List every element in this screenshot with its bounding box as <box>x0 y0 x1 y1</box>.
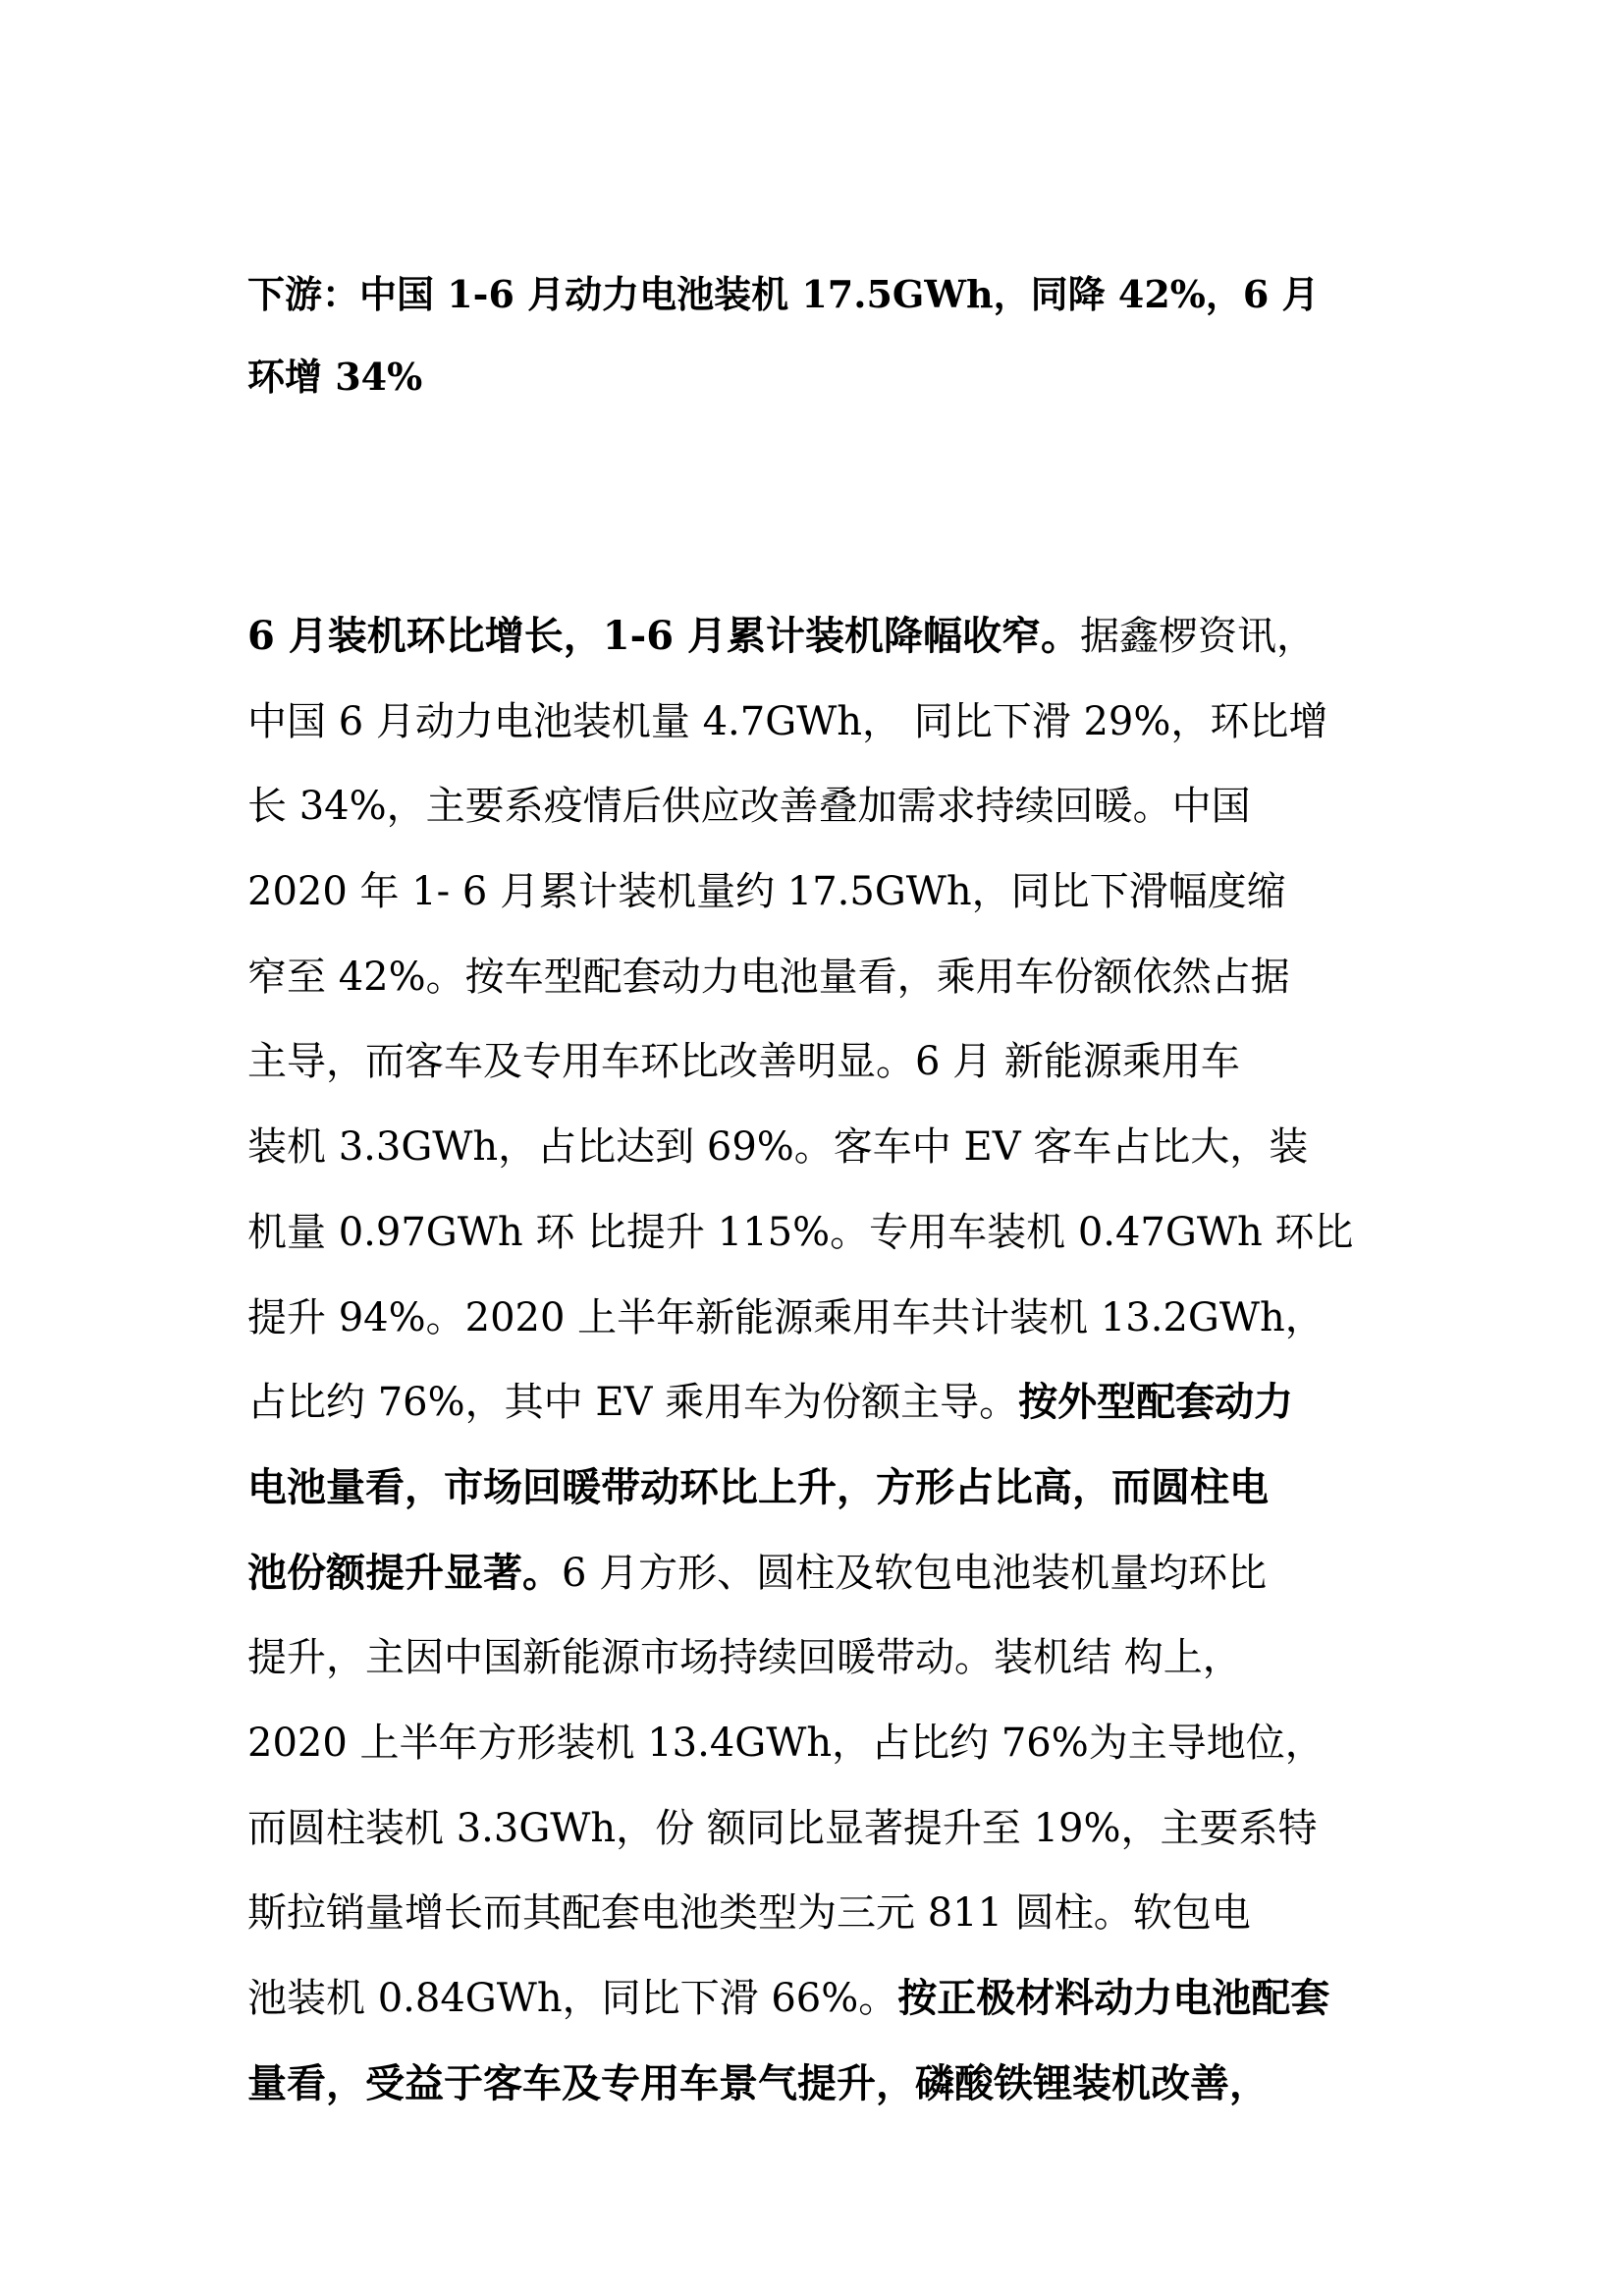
text-run: 主导，而客车及专用车环比改善明显。6 月 新能源乘用车 <box>247 1039 1240 1084</box>
text-run: 2020 上半年方形装机 13.4GWh，占比约 76%为主导地位， <box>247 1721 1325 1766</box>
paragraph-line: 池装机 0.84GWh，同比下滑 66%。按正极材料动力电池配套 <box>247 1956 1406 2042</box>
paragraph-line: 提升 94%。2020 上半年新能源乘用车共计装机 13.2GWh， <box>247 1276 1406 1361</box>
text-run: 据鑫椤资讯， <box>1080 614 1316 659</box>
paragraph-line: 2020 上半年方形装机 13.4GWh，占比约 76%为主导地位， <box>247 1701 1406 1786</box>
paragraph-line: 电池量看，市场回暖带动环比上升，方形占比高，而圆柱电 <box>247 1446 1406 1531</box>
body-paragraph: 6 月装机环比增长，1-6 月累计装机降幅收窄。据鑫椤资讯， 中国 6 月动力电… <box>247 594 1406 2126</box>
paragraph-line: 窄至 42%。按车型配套动力电池量看，乘用车份额依然占据 <box>247 935 1406 1020</box>
text-run: 中国 6 月动力电池装机量 4.7GWh， 同比下滑 29%，环比增 <box>247 699 1327 744</box>
text-run: 装机 3.3GWh，占比达到 69%。客车中 EV 客车占比大，装 <box>247 1124 1308 1170</box>
section-heading: 下游：中国 1-6 月动力电池装机 17.5GWh，同降 42%，6 月 环增 … <box>247 253 1386 418</box>
text-run: 提升 94%。2020 上半年新能源乘用车共计装机 13.2GWh， <box>247 1295 1325 1340</box>
paragraph-line: 主导，而客车及专用车环比改善明显。6 月 新能源乘用车 <box>247 1019 1406 1105</box>
bold-run: 按外型配套动力 <box>1018 1379 1293 1425</box>
paragraph-line: 长 34%，主要系疫情后供应改善叠加需求持续回暖。中国 <box>247 764 1406 849</box>
bold-run: 电池量看，市场回暖带动环比上升，方形占比高，而圆柱电 <box>247 1464 1269 1510</box>
text-run: 6 月方形、圆柱及软包电池装机量均环比 <box>562 1551 1267 1596</box>
text-run: 机量 0.97GWh 环 比提升 115%。专用车装机 0.47GWh 环比 <box>247 1210 1353 1255</box>
paragraph-line: 6 月装机环比增长，1-6 月累计装机降幅收窄。据鑫椤资讯， <box>247 594 1406 680</box>
paragraph-line: 占比约 76%，其中 EV 乘用车为份额主导。按外型配套动力 <box>247 1360 1406 1446</box>
heading-line: 环增 34% <box>247 336 1386 418</box>
heading-line: 下游：中国 1-6 月动力电池装机 17.5GWh，同降 42%，6 月 <box>247 253 1386 336</box>
paragraph-line: 量看，受益于客车及专用车景气提升，磷酸铁锂装机改善， <box>247 2042 1406 2127</box>
text-run: 池装机 0.84GWh，同比下滑 66%。 <box>247 1976 897 2021</box>
text-run: 长 34%，主要系疫情后供应改善叠加需求持续回暖。中国 <box>247 784 1251 829</box>
bold-run: 池份额提升显著。 <box>247 1550 562 1596</box>
paragraph-line: 池份额提升显著。6 月方形、圆柱及软包电池装机量均环比 <box>247 1531 1406 1616</box>
paragraph-line: 而圆柱装机 3.3GWh，份 额同比显著提升至 19%，主要系特 <box>247 1786 1406 1872</box>
paragraph-line: 斯拉销量增长而其配套电池类型为三元 811 圆柱。软包电 <box>247 1871 1406 1956</box>
text-run: 占比约 76%，其中 EV 乘用车为份额主导。 <box>247 1380 1018 1425</box>
text-run: 提升，主因中国新能源市场持续回暖带动。装机结 构上， <box>247 1635 1242 1680</box>
bold-run: 6 月装机环比增长，1-6 月累计装机降幅收窄。 <box>247 613 1080 659</box>
bold-run: 按正极材料动力电池配套 <box>897 1975 1329 2021</box>
text-run: 而圆柱装机 3.3GWh，份 额同比显著提升至 19%，主要系特 <box>247 1806 1318 1851</box>
paragraph-line: 中国 6 月动力电池装机量 4.7GWh， 同比下滑 29%，环比增 <box>247 680 1406 765</box>
text-run: 斯拉销量增长而其配套电池类型为三元 811 圆柱。软包电 <box>247 1890 1251 1936</box>
paragraph-line: 2020 年 1- 6 月累计装机量约 17.5GWh，同比下滑幅度缩 <box>247 849 1406 935</box>
bold-run: 量看，受益于客车及专用车景气提升，磷酸铁锂装机改善， <box>247 2060 1269 2106</box>
document-page: 下游：中国 1-6 月动力电池装机 17.5GWh，同降 42%，6 月 环增 … <box>0 0 1623 2296</box>
paragraph-line: 机量 0.97GWh 环 比提升 115%。专用车装机 0.47GWh 环比 <box>247 1190 1406 1276</box>
text-run: 2020 年 1- 6 月累计装机量约 17.5GWh，同比下滑幅度缩 <box>247 869 1286 914</box>
text-run: 窄至 42%。按车型配套动力电池量看，乘用车份额依然占据 <box>247 955 1290 1000</box>
paragraph-line: 提升，主因中国新能源市场持续回暖带动。装机结 构上， <box>247 1615 1406 1701</box>
paragraph-line: 装机 3.3GWh，占比达到 69%。客车中 EV 客车占比大，装 <box>247 1105 1406 1190</box>
